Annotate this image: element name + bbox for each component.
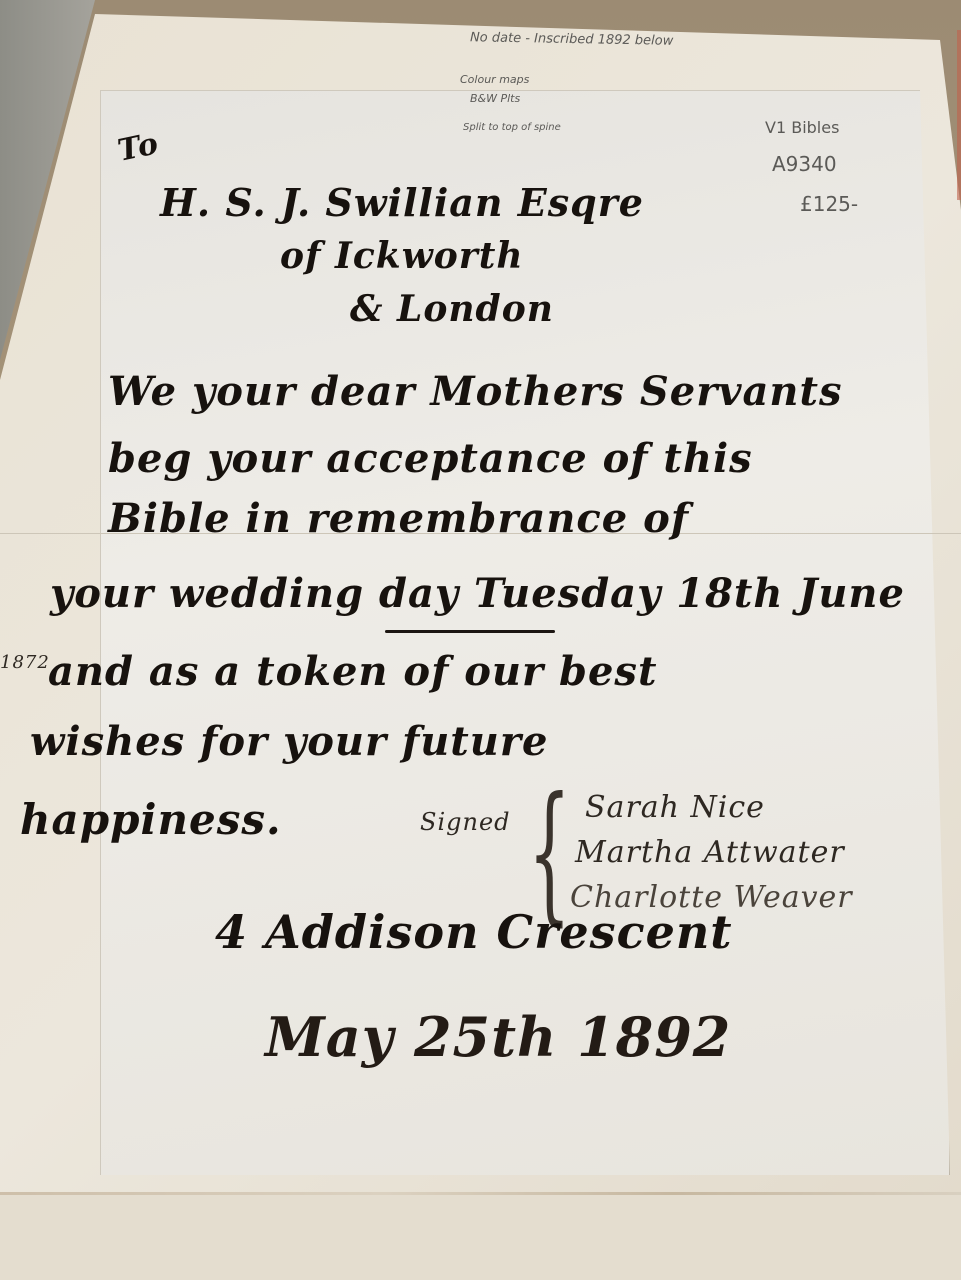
body-line-5: and as a token of our best: [48, 648, 657, 695]
pencil-note-maps: Colour maps: [460, 73, 529, 86]
addressee-city: & London: [350, 288, 554, 330]
body-line-2: beg your acceptance of this: [108, 435, 753, 482]
pencil-category: V1 Bibles: [765, 118, 839, 137]
addressee-name: H. S. J. Swillian Esqre: [160, 180, 644, 225]
pencil-note-plates: B&W Plts: [470, 92, 520, 105]
sheet-bottom-edge: [0, 1192, 961, 1195]
underline-stroke: [385, 630, 555, 633]
sender-address: 4 Addison Crescent: [215, 905, 733, 959]
pencil-stock-number: A9340: [772, 152, 837, 176]
body-line-3: Bible in remembrance of: [108, 495, 689, 542]
pencil-price: £125-: [800, 192, 858, 216]
inscription-date: May 25th 1892: [265, 1005, 731, 1069]
body-line-6: wishes for your future: [30, 718, 548, 765]
body-line-7: happiness.: [20, 795, 282, 844]
addressee-place: of Ickworth: [280, 235, 524, 277]
margin-year: 1872: [0, 652, 50, 673]
red-page-edge: [957, 30, 961, 200]
lower-page: [0, 1195, 961, 1280]
signed-label: Signed: [420, 808, 511, 836]
signatory-1: Sarah Nice: [585, 790, 765, 825]
body-line-1: We your dear Mothers Servants: [108, 368, 843, 415]
pencil-note-condition: Split to top of spine: [463, 122, 561, 133]
body-line-4: your wedding day Tuesday 18th June: [50, 570, 905, 617]
signatory-2: Martha Attwater: [575, 835, 845, 870]
